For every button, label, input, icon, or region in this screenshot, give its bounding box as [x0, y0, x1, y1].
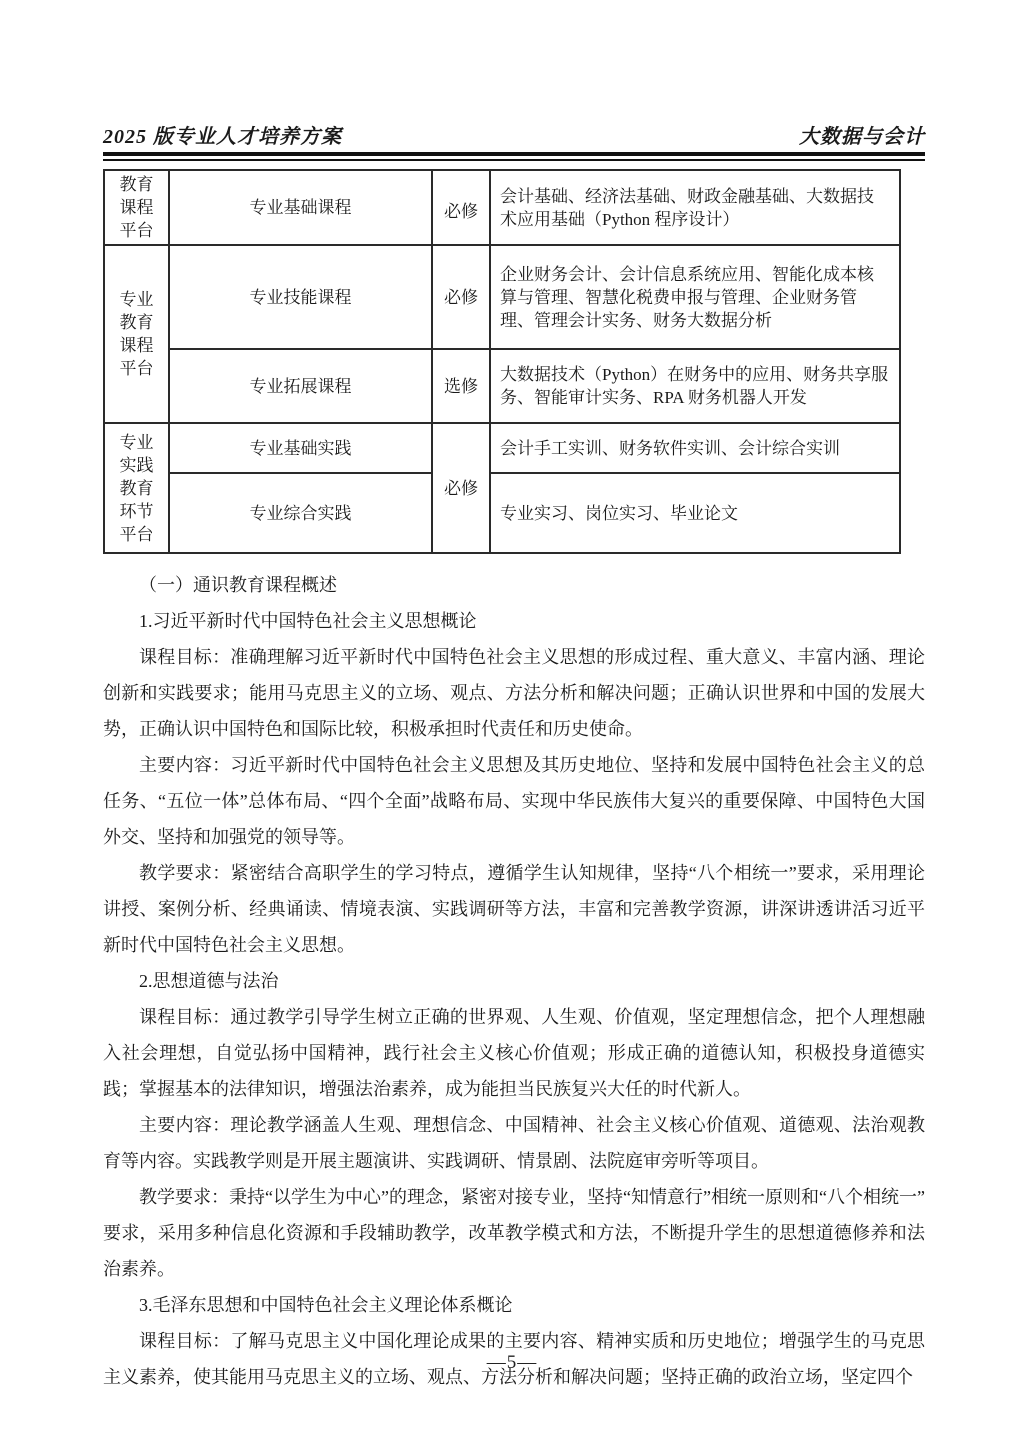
header-rule — [103, 152, 925, 161]
courses-cell: 大数据技术（Python）在财务中的应用、财务共享服务、智能审计实务、RPA 财… — [490, 349, 900, 423]
body-paragraph: 教学要求：秉持“以学生为中心”的理念，紧密对接专业，坚持“知情意行”相统一原则和… — [103, 1179, 925, 1287]
course-type-cell: 专业综合实践 — [169, 473, 432, 553]
platform-cell: 专业 教育 课程 平台 — [104, 245, 169, 423]
body-paragraph: 主要内容：习近平新时代中国特色社会主义思想及其历史地位、坚持和发展中国特色社会主… — [103, 747, 925, 855]
section-heading: （一）通识教育课程概述 — [103, 567, 925, 603]
requirement-cell: 必修 — [432, 245, 490, 349]
table-row: 专业 实践 教育 环节 平台 专业基础实践 必修 会计手工实训、财务软件实训、会… — [104, 423, 900, 473]
requirement-cell: 必修 — [432, 423, 490, 553]
course-heading: 2.思想道德与法治 — [103, 963, 925, 999]
body-paragraph: 课程目标：准确理解习近平新时代中国特色社会主义思想的形成过程、重大意义、丰富内涵… — [103, 639, 925, 747]
body-text: （一）通识教育课程概述 1.习近平新时代中国特色社会主义思想概论 课程目标：准确… — [103, 567, 925, 1395]
requirement-cell: 选修 — [432, 349, 490, 423]
table-row: 专业拓展课程 选修 大数据技术（Python）在财务中的应用、财务共享服务、智能… — [104, 349, 900, 423]
courses-cell: 专业实习、岗位实习、毕业论文 — [490, 473, 900, 553]
platform-cell: 教育 课程 平台 — [104, 170, 169, 245]
table-row: 教育 课程 平台 专业基础课程 必修 会计基础、经济法基础、财政金融基础、大数据… — [104, 170, 900, 245]
course-type-cell: 专业基础课程 — [169, 170, 432, 245]
courses-cell: 会计基础、经济法基础、财政金融基础、大数据技术应用基础（Python 程序设计） — [490, 170, 900, 245]
page-number: —5— — [0, 1352, 1024, 1374]
document-page: 2025 版专业人才培养方案 大数据与会计 教育 课程 平台 专业基础课程 必修… — [103, 0, 925, 1448]
course-type-cell: 专业技能课程 — [169, 245, 432, 349]
table-row: 专业综合实践 专业实习、岗位实习、毕业论文 — [104, 473, 900, 553]
courses-cell: 企业财务会计、会计信息系统应用、智能化成本核算与管理、智慧化税费申报与管理、企业… — [490, 245, 900, 349]
course-type-cell: 专业基础实践 — [169, 423, 432, 473]
platform-cell: 专业 实践 教育 环节 平台 — [104, 423, 169, 553]
body-paragraph: 教学要求：紧密结合高职学生的学习特点，遵循学生认知规律，坚持“八个相统一”要求，… — [103, 855, 925, 963]
header-right-title: 大数据与会计 — [799, 120, 925, 149]
course-heading: 3.毛泽东思想和中国特色社会主义理论体系概论 — [103, 1287, 925, 1323]
running-header: 2025 版专业人才培养方案 大数据与会计 — [103, 0, 925, 149]
courses-cell: 会计手工实训、财务软件实训、会计综合实训 — [490, 423, 900, 473]
body-paragraph: 课程目标：通过教学引导学生树立正确的世界观、人生观、价值观，坚定理想信念，把个人… — [103, 999, 925, 1107]
body-paragraph: 主要内容：理论教学涵盖人生观、理想信念、中国精神、社会主义核心价值观、道德观、法… — [103, 1107, 925, 1179]
header-left-title: 2025 版专业人才培养方案 — [103, 120, 342, 149]
course-type-cell: 专业拓展课程 — [169, 349, 432, 423]
curriculum-table: 教育 课程 平台 专业基础课程 必修 会计基础、经济法基础、财政金融基础、大数据… — [103, 169, 901, 554]
requirement-cell: 必修 — [432, 170, 490, 245]
table-row: 专业 教育 课程 平台 专业技能课程 必修 企业财务会计、会计信息系统应用、智能… — [104, 245, 900, 349]
course-heading: 1.习近平新时代中国特色社会主义思想概论 — [103, 603, 925, 639]
